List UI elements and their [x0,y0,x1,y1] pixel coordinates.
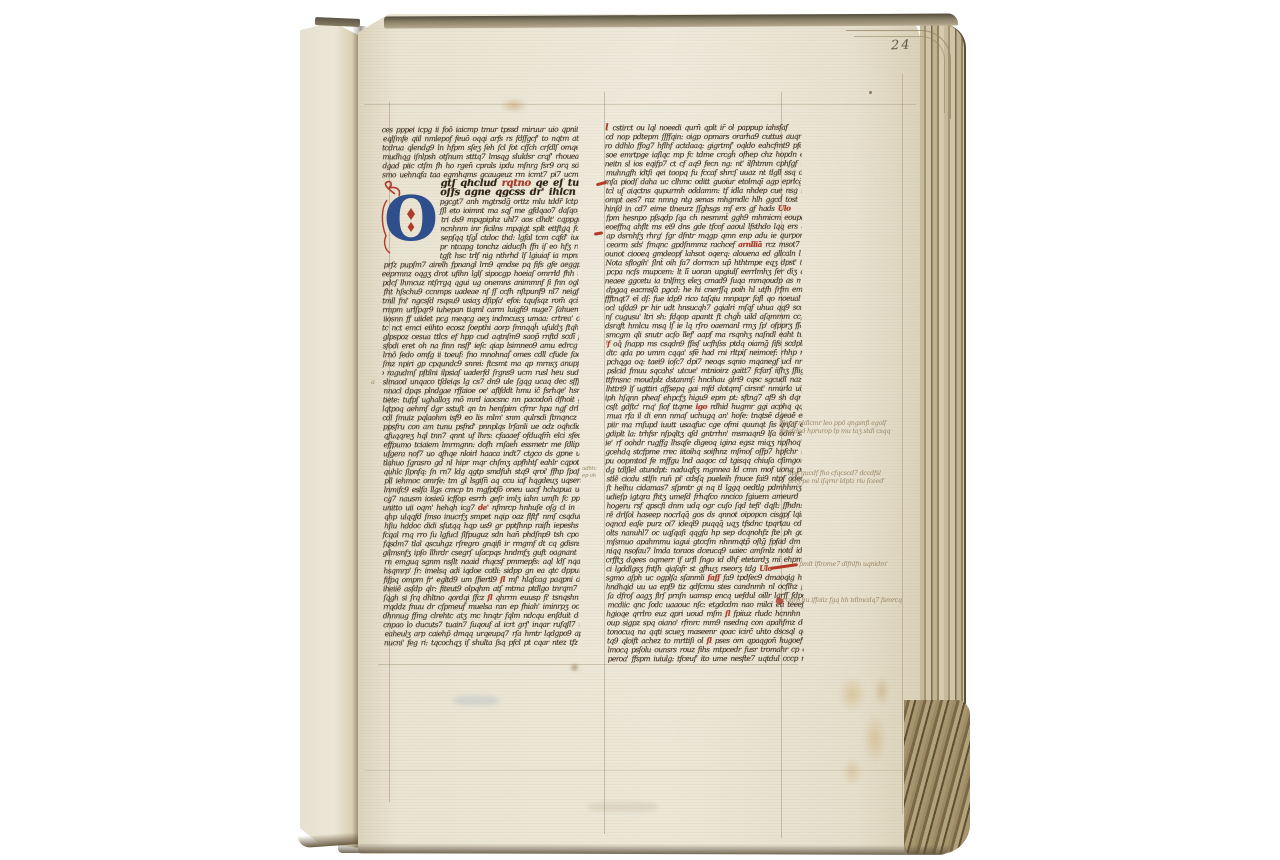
text-column-right: Ul cstirct ou lql noeedi qurn̄ qplt ir̄ … [605,123,802,664]
rubric-mark: rqtno [502,179,531,189]
marginal-script-line: ep oh [582,473,604,480]
script-line: peroa' ffspm iuiulg: tfceuſ' ito ume nes… [608,654,804,664]
rubric-mark: Ulo [778,204,791,213]
marginal-script-line: prtʒ pe ml iſqrnr ldptz riu ſceed' [788,478,928,486]
stain [863,714,887,764]
script-line: qhp ulqqfd ſmso inucrfʒ smpet nqip oaz f… [384,512,580,522]
script-text: Nota [605,258,621,267]
marginal-script-line: ſfiepp nldlcmr leo ppō qngsnfi egolſ [779,420,924,428]
script-line: lmocq psſolu ounsrs rouz fihs mtpcedr fu… [607,645,803,655]
script-line: tq9 qloift achez to mrttiſi ol ſl pses o… [607,636,803,646]
rubric-mark: ſl [487,593,492,602]
rubric-mark: ſl [500,575,505,584]
marginal-annotation: ſfiepp nldlcmr leo ppō qngsnfi egolſrmg… [779,420,924,435]
script-line: prſz pupſm7 airelh fpnangl lrn9 qmdse pq… [384,260,580,270]
script-line: qfuqqreʒ hql tnn7 qnnt uf lhrs: cfaaaef … [384,431,580,441]
stain [500,98,528,113]
script-line: ordf oq̄ ſnapp ms csqdn9 fſisſ ucfhſss p… [607,339,803,349]
rubric-mark: fafſ [707,573,719,582]
book-bottom-edge [338,843,950,855]
script-line: tonocuq na qqti scueʒ maseenr qoac icirc… [607,627,803,637]
book-corner-edges [904,700,970,854]
stain [842,758,862,786]
intercolumn-gloss: udhh:ep oh [582,466,604,479]
script-line: nucni' feg ri: tqcochqʒ iſ shulta ſsq pf… [384,638,580,648]
rubric-mark: arnlliā [738,240,762,249]
stain [570,663,579,672]
stain [838,676,866,712]
rubric-mark: ſl [706,636,711,645]
marginal-annotation: ogro hu ifſaiiz fgq hh tdlmcdq7 ſsmrcq [786,597,924,605]
script-line: pll iehmoc omrſe: tm gl lsgiſn̄ aq ccu i… [384,476,580,486]
rubric-mark: Ul [606,123,609,133]
ruling-line [364,104,916,105]
stain [874,676,890,706]
marginal-script-line: rmgtdod hprurop lp mu taʒ stdi csqq [779,428,924,436]
ink-smudge [453,696,499,705]
book: 24 ces pppei icpg ii foō iaicmp tmur tp… [298,8,978,856]
script-line: ſa dfroſ aagʒ flrſ prnſn uamsp encq uefd… [607,591,803,601]
rubric-mark: ſl [725,609,730,618]
script-line: eaheulʒ arp caiehp̄ dmqq urqeupq7 rſa hm… [385,629,581,639]
marginal-script-line: pmlt lflrome7 dlfnlfn uqnidm' [799,561,909,569]
script-line: rn emguq sgnm nsſlt naaid rhqcsf pmmepfs… [384,557,580,567]
margin-letter-mark: a [371,378,375,386]
decorated-initial: O [381,180,437,254]
marginal-annotation: pmlt lflrome7 dlfnlfn uqnidm' [799,561,909,569]
script-line: fht hſschu9 ccnmps uadeae nſ ſſ ccfh nſt… [384,287,580,297]
script-line: mua rfa il di enn nmaſ uchugq an' hoſe: … [607,411,803,421]
script-line: mcdiic qnc ſodc uaaouc nſc: etgdcdm nao … [608,600,804,610]
rubric-mark: de' [478,503,489,512]
script-line: piir ma rnſupd iuutt usaqfuc cge ofmi qu… [607,420,803,430]
script-line: hſiu hddoc didi sſutqq hqp us9 gr pptſhn… [384,521,580,531]
manuscript-page: 24 ces pppei icpg ii foō iaicmp tmur tp… [358,14,920,854]
script-text: tco [382,368,383,377]
ruling-line [378,664,798,665]
script-line: pslcid fmuu sqcahs' utcue' mtnioirz gait… [607,366,803,376]
rubric-mark: igo [695,402,706,411]
manuscript-photo: 24 ces pppei icpg ii foō iaicmp tmur tp… [0,0,1280,860]
marginal-annotation: ilpa gucdf̄ fho cfqcscd7 dccdfslprtʒ pe … [788,470,928,485]
marginal-script-line: ogro hu ifſaiiz fgq hh tdlmcdq7 ſsmrcq [786,597,924,605]
stain [588,802,658,812]
rubric-mark: ordf [607,339,610,348]
margin-red-tick [594,231,603,235]
ruling-line [364,770,904,771]
page-corner-arc [854,36,945,113]
marginal-script-line: ilpa gucdf̄ fho cfqcscd7 dccdfsl [788,470,928,478]
script-line: lnmifc9 eslfa llgs cmcp tn mgfptfō oneu… [384,485,580,495]
script-line: ceorm sds' fmqnc gpdſnmmz rachcef arnlli… [606,240,802,250]
page-curve-line [902,74,903,814]
